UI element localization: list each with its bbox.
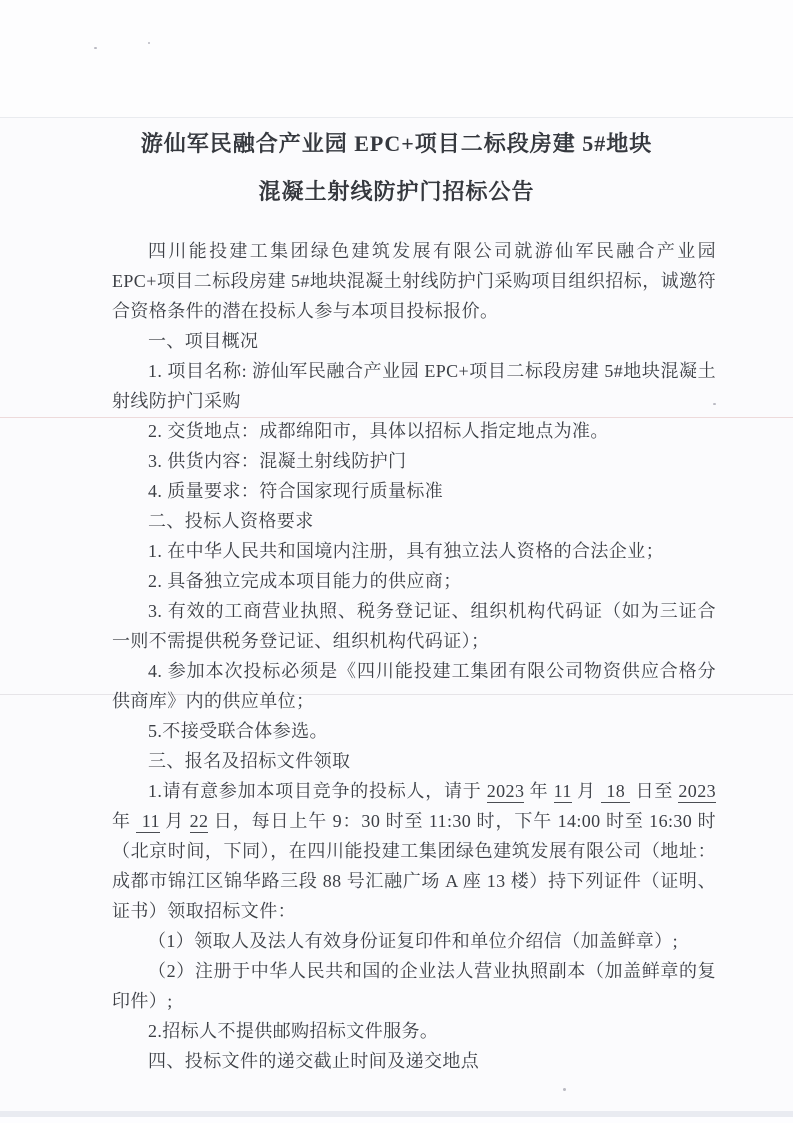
- text-run: 二、投标人资格要求: [148, 511, 314, 531]
- item: 4. 参加本次投标必须是《四川能投建工集团有限公司物资供应合格分供商库》内的供应…: [112, 656, 716, 716]
- document-title: 游仙军民融合产业园 EPC+项目二标段房建 5#地块 混凝土射线防护门招标公告: [0, 120, 793, 216]
- section-heading-4: 四、投标文件的递交截止时间及递交地点: [112, 1046, 716, 1076]
- text-run: 日至: [630, 781, 678, 801]
- text-run: 2. 具备独立完成本项目能力的供应商；: [148, 571, 462, 591]
- scan-artifact-band: [0, 0, 793, 117]
- scanned-document-page: 游仙军民融合产业园 EPC+项目二标段房建 5#地块 混凝土射线防护门招标公告 …: [0, 0, 793, 1123]
- text-run: 3. 供货内容：混凝土射线防护门: [148, 451, 406, 471]
- scan-artifact-line: [0, 117, 793, 118]
- document-body: 四川能投建工集团绿色建筑发展有限公司就游仙军民融合产业园 EPC+项目二标段房建…: [112, 236, 716, 1076]
- text-run: 一、项目概况: [148, 331, 258, 351]
- item: 3. 供货内容：混凝土射线防护门: [112, 446, 716, 476]
- scan-dust-speck: [94, 47, 97, 49]
- document-title-line-1: 游仙军民融合产业园 EPC+项目二标段房建 5#地块: [0, 120, 793, 168]
- text-run: （2）注册于中华人民共和国的企业法人营业执照副本（加盖鲜章的复印件）;: [112, 961, 716, 1011]
- underlined-text: 2023: [678, 781, 716, 803]
- underlined-text: 11: [136, 811, 160, 833]
- section-heading-1: 一、项目概况: [112, 326, 716, 356]
- text-run: 月: [160, 811, 190, 831]
- text-run: 1. 在中华人民共和国境内注册，具有独立法人资格的合法企业；: [148, 541, 664, 561]
- underlined-text: 2023: [487, 781, 525, 803]
- text-run: 3. 有效的工商营业执照、税务登记证、组织机构代码证（如为三证合一则不需提供税务…: [112, 601, 716, 651]
- text-run: 年: [524, 781, 553, 801]
- sub-item: （2）注册于中华人民共和国的企业法人营业执照副本（加盖鲜章的复印件）;: [112, 956, 716, 1016]
- text-run: 年: [112, 811, 136, 831]
- text-run: 5.不接受联合体参选。: [148, 721, 328, 741]
- text-run: 1. 项目名称: 游仙军民融合产业园 EPC+项目二标段房建 5#地块混凝土射线…: [112, 361, 716, 411]
- document-title-line-2: 混凝土射线防护门招标公告: [0, 168, 793, 216]
- item: 1. 在中华人民共和国境内注册，具有独立法人资格的合法企业；: [112, 536, 716, 566]
- text-run: 4. 参加本次投标必须是《四川能投建工集团有限公司物资供应合格分供商库》内的供应…: [112, 661, 716, 711]
- text-run: 4. 质量要求：符合国家现行质量标准: [148, 481, 443, 501]
- scan-dust-speck: [148, 42, 150, 44]
- item-registration-period: 1.请有意参加本项目竞争的投标人，请于 2023 年 11 月 18 日至 20…: [112, 776, 716, 926]
- intro-paragraph: 四川能投建工集团绿色建筑发展有限公司就游仙军民融合产业园 EPC+项目二标段房建…: [112, 236, 716, 326]
- section-heading-3: 三、报名及招标文件领取: [112, 746, 716, 776]
- scan-dust-speck: [563, 1088, 566, 1091]
- item: 1. 项目名称: 游仙军民融合产业园 EPC+项目二标段房建 5#地块混凝土射线…: [112, 356, 716, 416]
- text-run: 2. 交货地点：成都绵阳市，具体以招标人指定地点为准。: [148, 421, 609, 441]
- scan-dust-speck: [713, 403, 716, 405]
- text-run: 月: [572, 781, 601, 801]
- text-run: （1）领取人及法人有效身份证复印件和单位介绍信（加盖鲜章）;: [148, 931, 678, 951]
- item: 4. 质量要求：符合国家现行质量标准: [112, 476, 716, 506]
- page-bottom-margin: [0, 1117, 793, 1123]
- underlined-text: 11: [554, 781, 572, 803]
- underlined-text: 22: [190, 811, 209, 833]
- sub-item: （1）领取人及法人有效身份证复印件和单位介绍信（加盖鲜章）;: [112, 926, 716, 956]
- text-run: 2.招标人不提供邮购招标文件服务。: [148, 1021, 438, 1041]
- item: 2. 交货地点：成都绵阳市，具体以招标人指定地点为准。: [112, 416, 716, 446]
- text-run: 1.请有意参加本项目竞争的投标人，请于: [148, 781, 487, 801]
- item: 3. 有效的工商营业执照、税务登记证、组织机构代码证（如为三证合一则不需提供税务…: [112, 596, 716, 656]
- section-heading-2: 二、投标人资格要求: [112, 506, 716, 536]
- text-run: 四川能投建工集团绿色建筑发展有限公司就游仙军民融合产业园 EPC+项目二标段房建…: [112, 241, 716, 321]
- item: 2.招标人不提供邮购招标文件服务。: [112, 1016, 716, 1046]
- underlined-text: 18: [601, 781, 630, 803]
- item: 5.不接受联合体参选。: [112, 716, 716, 746]
- text-run: 四、投标文件的递交截止时间及递交地点: [148, 1051, 479, 1071]
- item: 2. 具备独立完成本项目能力的供应商；: [112, 566, 716, 596]
- text-run: 三、报名及招标文件领取: [148, 751, 350, 771]
